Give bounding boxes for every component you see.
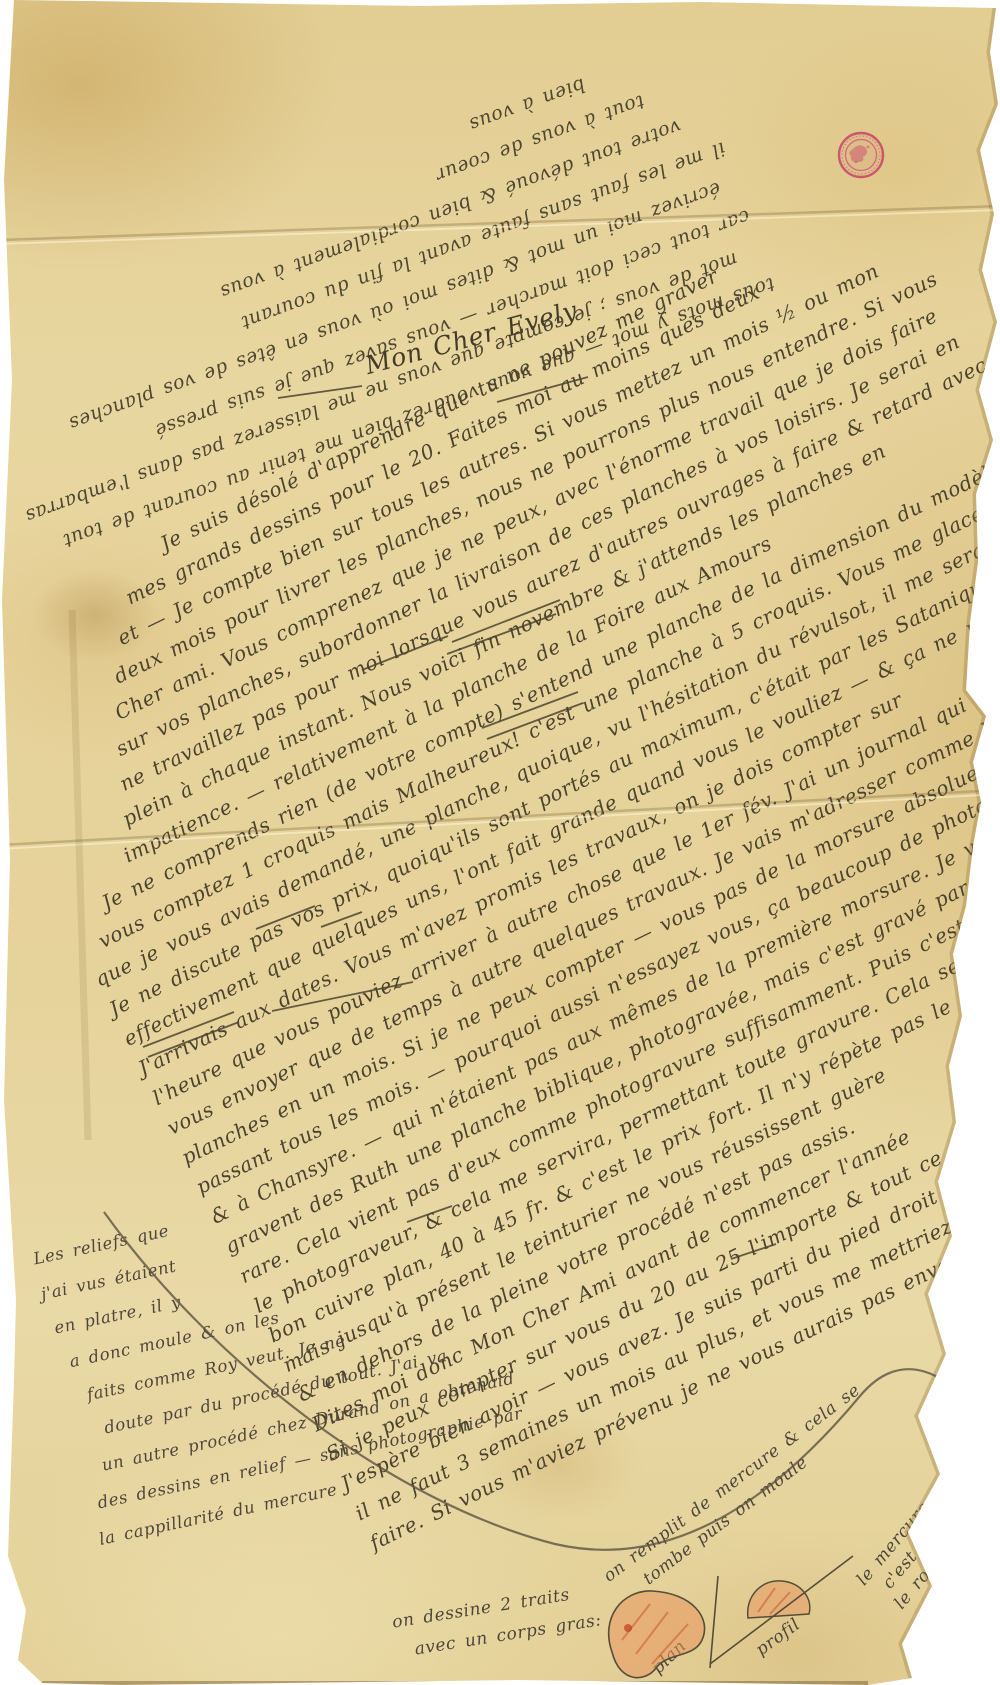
- margin-note-block: Les reliefs que j'ai vus étaient en plat…: [30, 1096, 782, 1558]
- mercury-profil-sketch: [710, 1556, 853, 1664]
- letter-paper-sheet: tous mots y mot — que vous voudrez bien …: [0, 0, 1000, 1685]
- sketch-label-plan: plan: [648, 1636, 691, 1678]
- margin-note-continuation: on dessine 2 traits avec un corps gras:: [390, 1576, 604, 1668]
- letter-scan: tous mots y mot — que vous voudrez bien …: [0, 0, 1000, 1685]
- collection-stamp-icon: [839, 133, 883, 177]
- mercury-red-note: le mercure c'est le rouge: [852, 1497, 969, 1618]
- sketch-label-profil: profil: [752, 1615, 804, 1661]
